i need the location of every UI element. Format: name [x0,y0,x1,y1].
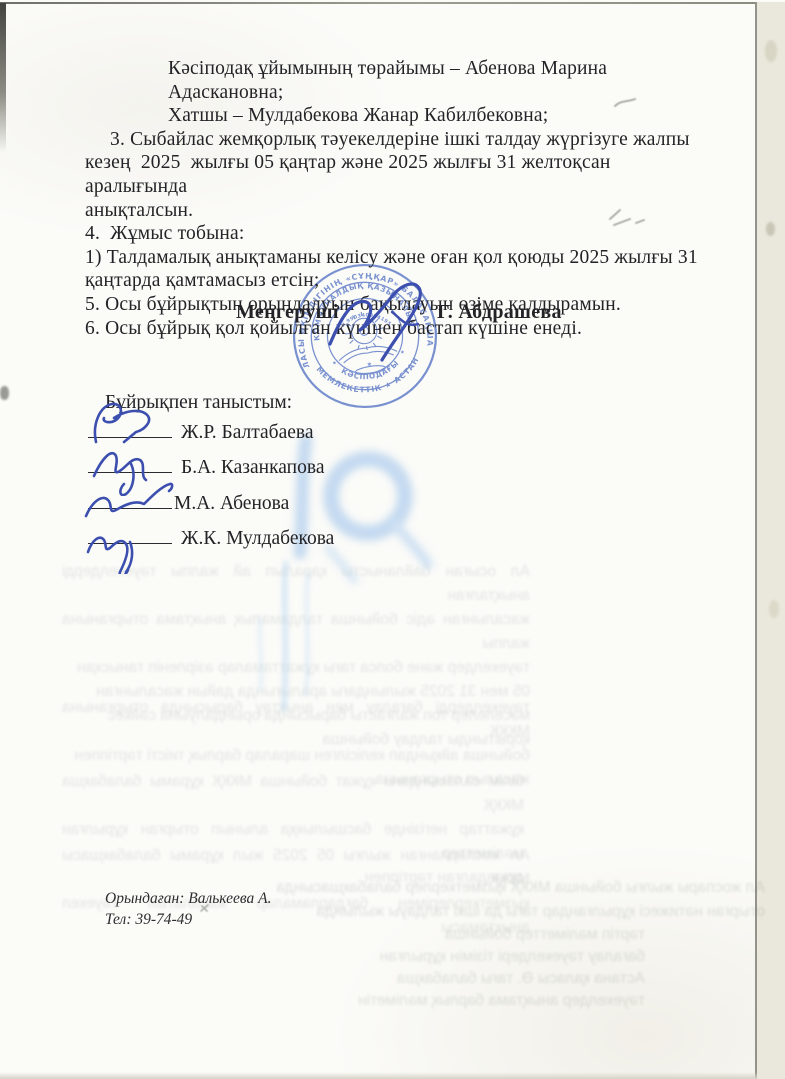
signatory-name: Ж.Р. Балтабаева [181,422,314,443]
body-line: кезең 2025 жылғы 05 қаңтар және 2025 жыл… [85,151,713,198]
body-line: Кәсіподақ ұйымының төрайымы – Абенова Ма… [168,57,713,104]
scan-speck [766,222,775,236]
body-line: Хатшы – Мулдабекова Жанар Кабилбековна; [168,104,713,128]
executor-note: Орындаған: Валькеева А. Тел: 39-74-49 [105,888,272,930]
scan-speck [765,40,777,62]
executor-name: Орындаған: Валькеева А. [105,888,272,909]
executor-phone: Тел: 39-74-49 [105,909,272,930]
body-line: 3. Сыбайлас жемқорлық тәуекелдеріне ішкі… [110,128,713,152]
signatory-name: Ж.К. Мулдабекова [181,528,334,549]
scan-speck [769,600,779,618]
scan-edge [0,3,6,153]
approval-signer-name: Г. Абдрашева [437,301,562,324]
body-line: анықталсын. [85,199,713,223]
ink-streaks-ghost [238,556,333,716]
signatory-name: Б.А. Казанкапова [181,457,324,478]
director-handwritten-signature [322,272,442,367]
signatory-name: М.А. Абенова [174,493,289,514]
body-line: 4. Жұмыс тобына: [85,222,713,246]
scan-edge [0,1072,757,1079]
scan-speck [0,386,9,400]
body-line: 1) Талдамалық анықтаманы келісу және оға… [85,246,713,270]
scan-edge [0,2,757,4]
bleed-through-text: тәртіп мәліметтер бойынша бағалау тәуеке… [335,924,645,1012]
bleed-through-text: Ал жоспары жылғы бойынша МКҚК қызметкерл… [275,876,765,924]
scanned-document-page: Ал осыған байланысты қаралып ай жалпы тә… [0,0,785,1079]
handwritten-signature [80,508,165,574]
